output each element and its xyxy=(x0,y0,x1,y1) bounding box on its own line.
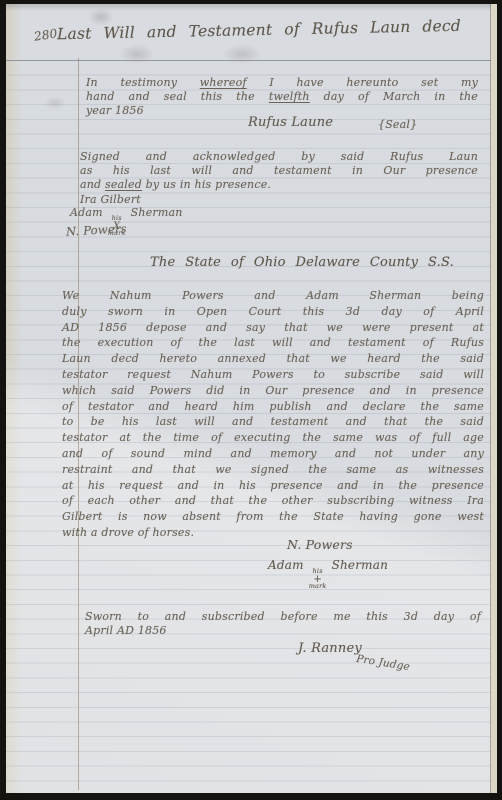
affidavit-line: and of sound mind and memory and not und… xyxy=(62,446,484,462)
affidavit-line: testator at the time of executing the sa… xyxy=(62,430,484,446)
testimony-text: In testimony xyxy=(86,76,200,89)
his-mark-stack: his+mark xyxy=(309,569,327,589)
witness-signature-gilbert: Ira Gilbert xyxy=(80,193,141,206)
jurat-clause: Sworn to and subscribed before me this 3… xyxy=(85,610,481,638)
affidavit-line: duly sworn in Open Court this 3d day of … xyxy=(62,304,484,320)
right-edge-line xyxy=(490,4,491,793)
seal-mark: {Seal} xyxy=(378,118,417,131)
jurat-line: Sworn to and subscribed before me this 3… xyxy=(85,610,481,624)
testimony-text: hand and seal this the xyxy=(86,90,269,103)
testimony-text: day of March in the xyxy=(310,90,478,103)
right-page-edge xyxy=(491,4,497,793)
affidavit-line: of testator and heard him publish and de… xyxy=(62,399,484,415)
affidavit-line: of each other and that the other subscri… xyxy=(62,493,484,509)
affidavit-line: with a drove of horses. xyxy=(62,525,484,541)
affidavit-paragraph: We Nahum Powers and Adam Sherman being d… xyxy=(62,288,484,541)
testator-signature: Rufus Laune xyxy=(248,115,333,130)
attestation-text: by us in his presence. xyxy=(142,178,271,191)
affidavit-line: We Nahum Powers and Adam Sherman being xyxy=(62,288,484,304)
affidavit-line: which said Powers did in Our presence an… xyxy=(62,383,484,399)
affidavit-signature-sherman: Adamhis+markSherman xyxy=(268,558,388,589)
signer-last-name: Sherman xyxy=(332,558,388,572)
underlined-word: twelfth xyxy=(269,90,310,103)
signer-first-name: Adam xyxy=(268,558,304,572)
affidavit-signature-powers: N. Powers xyxy=(287,537,353,552)
scanned-ledger-page: 280 Last Will and Testament of Rufus Lau… xyxy=(0,0,502,800)
attestation-line: and sealed by us in his presence. xyxy=(80,178,478,192)
affidavit-line: Laun decd hereto annexed that we heard t… xyxy=(62,351,484,367)
underlined-word: sealed xyxy=(105,178,142,191)
ink-stain xyxy=(120,44,154,64)
witness-first-name: Adam xyxy=(70,206,103,219)
testimony-line: In testimony whereof I have hereunto set… xyxy=(86,76,478,90)
mark-label: mark xyxy=(309,584,327,590)
testimony-clause: In testimony whereof I have hereunto set… xyxy=(86,76,478,117)
underlined-word: whereof xyxy=(200,76,247,89)
jurat-line: April AD 1856 xyxy=(85,624,481,638)
affidavit-line: the execution of the last will and testa… xyxy=(62,335,484,351)
attestation-line: Signed and acknowledged by said Rufus La… xyxy=(80,150,478,164)
witness-last-name: Sherman xyxy=(131,206,183,219)
judge-signature: J. Ranney xyxy=(298,641,362,656)
state-county-heading: The State of Ohio Delaware County S.S. xyxy=(150,255,454,270)
attestation-line: as his last will and testament in Our pr… xyxy=(80,164,478,178)
affidavit-line: restraint and that we signed the same as… xyxy=(62,462,484,478)
ink-stain xyxy=(44,96,66,110)
affidavit-line: Gilbert is now absent from the State hav… xyxy=(62,509,484,525)
testimony-line: hand and seal this the twelfth day of Ma… xyxy=(86,90,478,104)
affidavit-line: testator request Nahum Powers to subscri… xyxy=(62,367,484,383)
ink-stain xyxy=(222,44,262,64)
attestation-clause: Signed and acknowledged by said Rufus La… xyxy=(80,150,478,192)
affidavit-line: AD 1856 depose and say that we were pres… xyxy=(62,320,484,336)
attestation-text: and xyxy=(80,178,105,191)
affidavit-line: to be his last will and testament and th… xyxy=(62,414,484,430)
testimony-text: I have hereunto set my xyxy=(247,76,478,89)
affidavit-line: at his request and in his presence and i… xyxy=(62,478,484,494)
